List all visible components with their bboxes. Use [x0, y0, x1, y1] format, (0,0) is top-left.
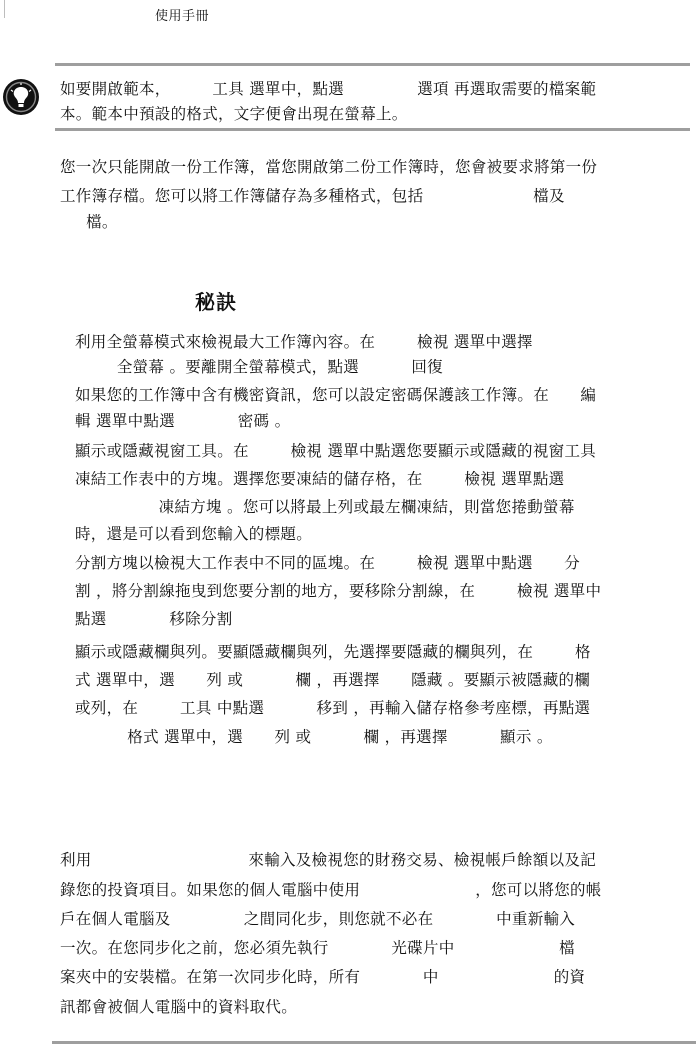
tip-line: 時，還是可以看到您輸入的標題。	[75, 524, 312, 544]
tip-line: 式 選單中，選 列 或 欄 ，再選擇 隱藏 。要顯示被隱藏的欄	[75, 670, 590, 690]
tip-line: 凍結方塊 。您可以將最上列或最左欄凍結，則當您捲動螢幕	[75, 497, 575, 517]
margin-mark	[4, 0, 5, 18]
running-header: 使用手冊	[155, 5, 209, 24]
tip-line: 格式 選單中，選 列 或 欄 ，再選擇 顯示 。	[75, 727, 553, 747]
section-title-tips: 秘訣	[195, 286, 237, 315]
sync-line: 戶在個人電腦及 之間同化步，則您就不必在 中重新輸入	[60, 909, 575, 929]
note-top-rule	[55, 63, 690, 66]
footer-rule	[52, 1041, 696, 1044]
tip-line: 凍結工作表中的方塊。選擇您要凍結的儲存格，在 檢視 選單點選	[75, 469, 564, 489]
tip-line: 利用全螢幕模式來檢視最大工作簿內容。在 檢視 選單中選擇	[75, 332, 533, 352]
sync-line: 一次。在您同步化之前，您必須先執行 光碟片中 檔	[60, 938, 575, 958]
tip-line: 顯示或隱藏視窗工具。在 檢視 選單中點選您要顯示或隱藏的視窗工具	[75, 441, 596, 461]
intro-line: 檔。	[60, 212, 118, 232]
note-bottom-rule	[55, 128, 690, 131]
tip-line: 割 ，將分割線拖曳到您要分割的地方，要移除分割線，在 檢視 選單中	[75, 581, 601, 601]
tip-line: 如果您的工作簿中含有機密資訊，您可以設定密碼保護該工作簿。在 編	[75, 385, 596, 405]
tip-line: 全螢幕 。要離開全螢幕模式，點選 回復	[75, 357, 443, 377]
tip-line: 分割方塊以檢視大工作表中不同的區塊。在 檢視 選單中點選 分	[75, 553, 580, 573]
sync-line: 利用 來輸入及檢視您的財務交易、檢視帳戶餘額以及記	[60, 850, 596, 870]
intro-line: 您一次只能開啟一份工作簿，當您開啟第二份工作簿時，您會被要求將第一份	[60, 157, 597, 177]
note-line: 本。範本中預設的格式，文字便會出現在螢幕上。	[60, 104, 408, 124]
tip-line: 輯 選單中點選 密碼 。	[75, 411, 290, 431]
sync-line: 案夾中的安裝檔。在第一次同步化時，所有 中 的資	[60, 967, 585, 987]
tip-line: 點選 移除分割	[75, 609, 233, 629]
note-line: 如要開啟範本， 工具 選單中，點選 選項 再選取需要的檔案範	[60, 79, 596, 99]
intro-line: 工作簿存檔。您可以將工作簿儲存為多種格式，包括 檔及	[60, 186, 565, 206]
sync-line: 訊都會被個人電腦中的資料取代。	[60, 997, 297, 1017]
tip-line: 顯示或隱藏欄與列。要顯隱藏欄與列，先選擇要隱藏的欄與列，在 格	[75, 642, 591, 662]
tip-line: 或列，在 工具 中點選 移到 ，再輸入儲存格參考座標，再點選	[75, 698, 590, 718]
lightbulb-icon	[1, 76, 41, 118]
sync-line: 錄您的投資項目。如果您的個人電腦中使用 ，您可以將您的帳	[60, 880, 602, 900]
